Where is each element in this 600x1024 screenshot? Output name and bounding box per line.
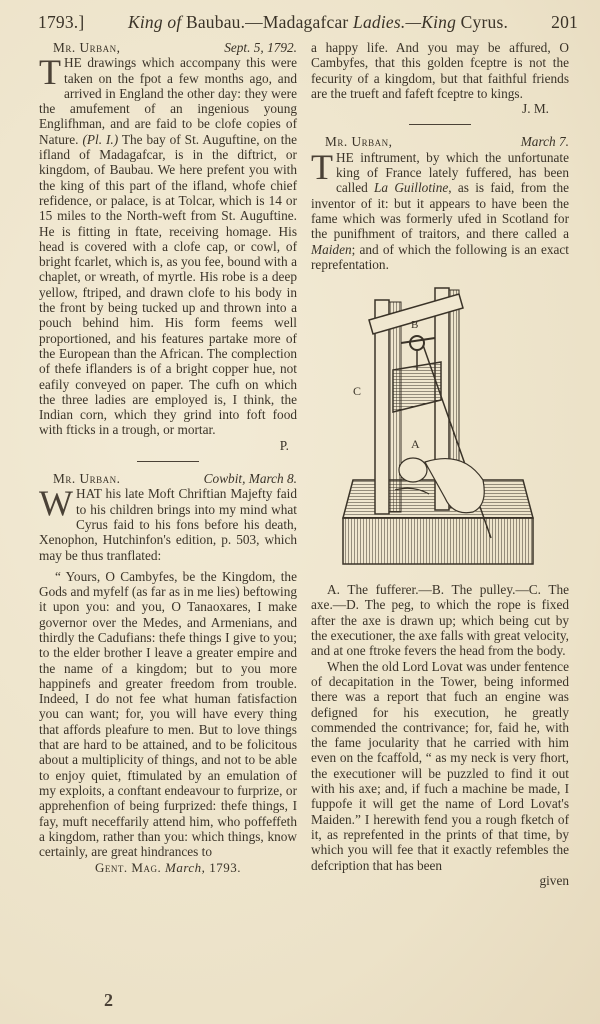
signature: P.	[280, 438, 289, 453]
signature-line: P.	[39, 438, 297, 453]
letter1-body: THE drawings which accompany this were t…	[39, 55, 297, 437]
section-divider	[137, 461, 199, 462]
header-title: King of Baubau.—Madagafcar Ladies.—King …	[98, 12, 538, 33]
svg-text:B: B	[411, 319, 418, 331]
letter2-intro: WHAT his late Moft Chriftian Majefty fai…	[39, 486, 297, 562]
catchword: given	[311, 873, 569, 888]
letter1-heading: Mr. Urban, Sept. 5, 1792.	[39, 40, 297, 55]
guillotine-woodcut: B C A	[333, 280, 539, 576]
signature: J. M.	[522, 101, 549, 116]
svg-text:C: C	[353, 384, 361, 398]
continuation-text: a happy life. And you may be affured, O …	[311, 40, 569, 101]
running-header: 1793.] King of Baubau.—Madagafcar Ladies…	[38, 12, 578, 36]
letter-date: Sept. 5, 1792.	[224, 40, 297, 55]
svg-text:A: A	[411, 437, 420, 451]
left-column: Mr. Urban, Sept. 5, 1792. THE drawings w…	[39, 40, 297, 876]
signature-line: J. M.	[311, 101, 569, 116]
cyrus-quote: “ Yours, O Cambyfes, be the Kingdom, the…	[39, 569, 297, 860]
letter-date: March 7.	[521, 134, 569, 149]
salutation: Mr. Urban,	[53, 40, 120, 55]
header-year: 1793.]	[38, 12, 98, 33]
guillotine-illustration-icon: B C A	[333, 280, 539, 576]
letter3-body: THE inftrument, by which the unfortunate…	[311, 150, 569, 272]
lovat-paragraph: When the old Lord Lovat was under fenten…	[311, 659, 569, 873]
page-footer: Gent. Mag. March, 1793.	[39, 860, 297, 875]
drop-cap: T	[311, 152, 333, 182]
figure-caption: A. The fufferer.—B. The pulley.—C. The a…	[311, 582, 569, 658]
right-column: a happy life. And you may be affured, O …	[311, 40, 569, 888]
salutation: Mr. Urban,	[325, 134, 392, 149]
signature-mark: 2	[104, 990, 113, 1011]
letter2-heading: Mr. Urban. Cowbit, March 8.	[39, 471, 297, 486]
drop-cap: T	[39, 57, 61, 87]
letter-date: Cowbit, March 8.	[204, 471, 297, 486]
drop-cap: W	[39, 488, 73, 518]
page-number: 201	[538, 12, 578, 33]
section-divider	[409, 124, 471, 125]
salutation: Mr. Urban.	[53, 471, 120, 486]
letter3-heading: Mr. Urban, March 7.	[311, 134, 569, 149]
